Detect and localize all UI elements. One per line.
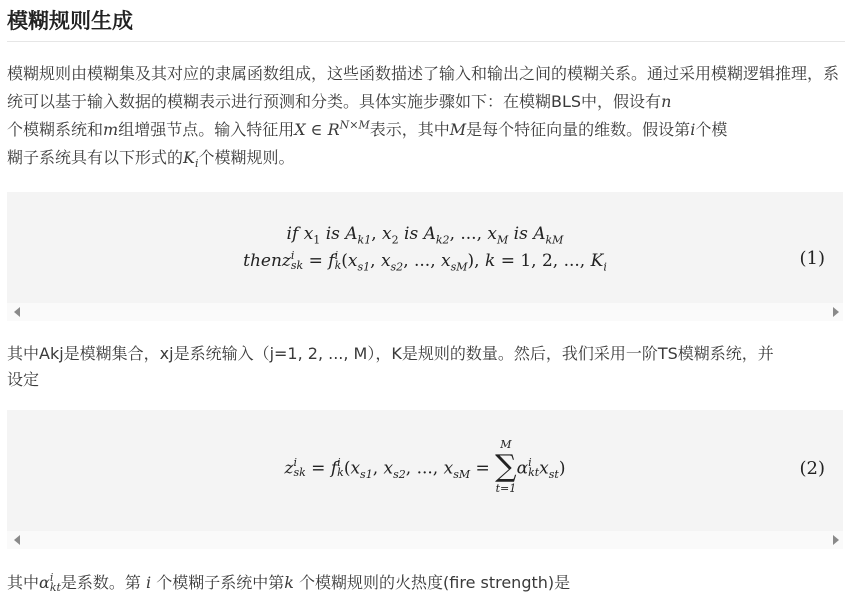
scroll-left-arrow-icon[interactable] bbox=[14, 307, 20, 317]
para1-text: 表示，其中 bbox=[370, 120, 450, 139]
math-var-m: m bbox=[103, 120, 118, 139]
math-var-R: R bbox=[328, 120, 340, 139]
math-alpha: α bbox=[39, 573, 50, 592]
para3-text: 其中 bbox=[7, 573, 39, 592]
equation-1: if x1 is Ak1, x2 is Ak2, ..., xM is AkM … bbox=[7, 221, 843, 275]
math-var-X: X bbox=[294, 120, 305, 139]
para1-text: 个模 bbox=[695, 120, 727, 139]
section-heading: 模糊规则生成 bbox=[7, 0, 845, 42]
math-superscript: N×M bbox=[340, 119, 370, 132]
para3-text: 个模糊规则的火热度(fire strength)是 bbox=[294, 573, 570, 592]
para3-text: 是系数。第 bbox=[61, 573, 146, 592]
equation-1-scrollbar[interactable] bbox=[7, 303, 843, 321]
scroll-right-arrow-icon[interactable] bbox=[833, 307, 839, 317]
equation-2-block: zisk = fik(xs1, xs2, ..., xsM = M ∑ t=1 … bbox=[7, 410, 843, 531]
article-content: 模糊规则生成 模糊规则由模糊集及其对应的隶属函数组成，这些函数描述了输入和输出之… bbox=[0, 0, 865, 597]
para3-text: 个模糊子系统中第 bbox=[151, 573, 284, 592]
summation-symbol: M ∑ t=1 bbox=[495, 438, 516, 496]
para1-text: 个模糊系统和 bbox=[7, 120, 103, 139]
equation-1-block: if x1 is Ak1, x2 is Ak2, ..., xM is AkM … bbox=[7, 192, 843, 303]
math-in-symbol: ∈ bbox=[306, 120, 328, 139]
math-var-K: K bbox=[183, 148, 195, 167]
para1-line1: 模糊规则由模糊集及其对应的隶属函数组成，这些函数描述了输入和输出之间的模糊关系。… bbox=[7, 64, 759, 83]
equation-1-number: (1) bbox=[800, 248, 826, 269]
paragraph-2: 其中Akj是模糊集合，xj是系统输入（j=1, 2, ..., M），K是规则的… bbox=[7, 341, 847, 393]
math-var-k: k bbox=[284, 573, 294, 592]
para1-text: 组增强节点。输入特征用 bbox=[118, 120, 294, 139]
scroll-right-arrow-icon[interactable] bbox=[833, 535, 839, 545]
equation-1-line-2: thenzisk = fik(xs1, xs2, ..., xsM), k = … bbox=[7, 248, 843, 275]
math-alpha-indices: ikt bbox=[50, 573, 61, 593]
para1-text: 糊子系统具有以下形式的 bbox=[7, 148, 183, 167]
equation-2-number: (2) bbox=[800, 458, 826, 479]
para2-line1: 其中Akj是模糊集合，xj是系统输入（j=1, 2, ..., M），K是规则的… bbox=[7, 344, 774, 363]
equation-1-line-1: if x1 is Ak1, x2 is Ak2, ..., xM is AkM bbox=[7, 221, 843, 248]
equation-2: zisk = fik(xs1, xs2, ..., xsM = M ∑ t=1 … bbox=[7, 440, 843, 498]
scroll-left-arrow-icon[interactable] bbox=[14, 535, 20, 545]
equation-2-scrollbar[interactable] bbox=[7, 531, 843, 549]
para1-text: 个模糊规则。 bbox=[199, 148, 295, 167]
sum-lower-limit: t=1 bbox=[495, 482, 516, 496]
para1-text: 是每个特征向量的维数。假设第 bbox=[466, 120, 690, 139]
intro-paragraph: 模糊规则由模糊集及其对应的隶属函数组成，这些函数描述了输入和输出之间的模糊关系。… bbox=[7, 60, 847, 172]
paragraph-3: 其中αikt是系数。第 i 个模糊子系统中第k 个模糊规则的火热度(fire s… bbox=[7, 569, 847, 597]
math-var-M: M bbox=[450, 120, 466, 139]
math-var-n: n bbox=[661, 92, 671, 111]
para2-line2: 设定 bbox=[7, 370, 39, 389]
